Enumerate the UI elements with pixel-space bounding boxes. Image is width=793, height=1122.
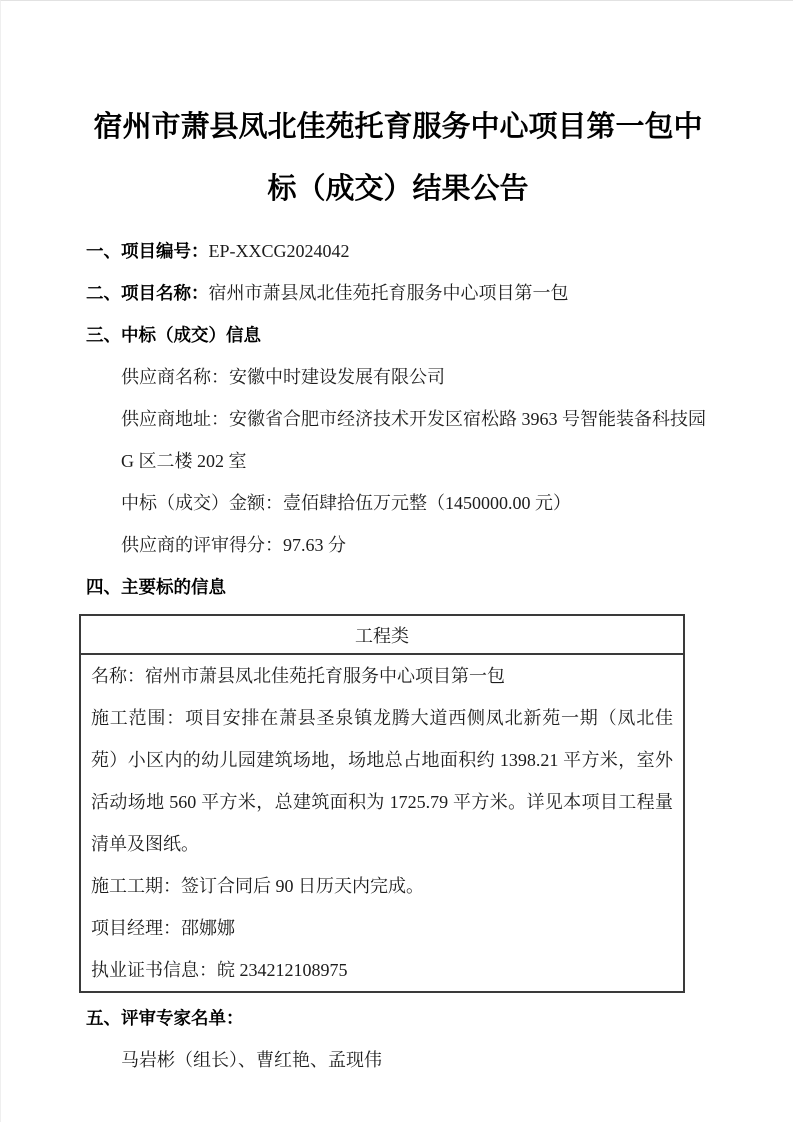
- table-project-name: 名称：宿州市萧县凤北佳苑托育服务中心项目第一包: [91, 655, 673, 697]
- award-info-heading-label: 三、中标（成交）信息: [86, 325, 261, 345]
- section-project-number: 一、项目编号：EP-XXCG2024042: [86, 230, 710, 272]
- title-line-2: 标（成交）结果公告: [86, 158, 710, 220]
- project-name-label: 二、项目名称：: [86, 283, 209, 303]
- section-project-name: 二、项目名称：宿州市萧县凤北佳苑托育服务中心项目第一包: [86, 272, 710, 314]
- review-score-line: 供应商的评审得分：97.63 分: [121, 524, 710, 566]
- award-amount-line: 中标（成交）金额：壹佰肆拾伍万元整（1450000.00 元）: [121, 482, 710, 524]
- table-body-row: 名称：宿州市萧县凤北佳苑托育服务中心项目第一包 施工范围：项目安排在萧县圣泉镇龙…: [80, 654, 684, 992]
- table-construction-scope: 施工范围：项目安排在萧县圣泉镇龙腾大道西侧凤北新苑一期（凤北佳苑）小区内的幼儿园…: [91, 697, 673, 865]
- table-construction-period: 施工工期：签订合同后 90 日历天内完成。: [91, 865, 673, 907]
- expert-names-line: 马岩彬（组长）、曹红艳、孟现伟: [121, 1039, 710, 1081]
- award-info-details: 供应商名称：安徽中时建设发展有限公司 供应商地址：安徽省合肥市经济技术开发区宿松…: [121, 356, 710, 566]
- expert-list-heading-label: 五、评审专家名单：: [86, 1008, 244, 1028]
- project-number-value: EP-XXCG2024042: [209, 241, 350, 261]
- table-body-cell: 名称：宿州市萧县凤北佳苑托育服务中心项目第一包 施工范围：项目安排在萧县圣泉镇龙…: [80, 654, 684, 992]
- document-page: 宿州市萧县凤北佳苑托育服务中心项目第一包中 标（成交）结果公告 一、项目编号：E…: [0, 0, 793, 1122]
- title-line-1: 宿州市萧县凤北佳苑托育服务中心项目第一包中: [86, 96, 710, 158]
- section-subject-info-heading: 四、主要标的信息: [86, 566, 710, 608]
- section-award-info-heading: 三、中标（成交）信息: [86, 314, 710, 356]
- section-expert-list-heading: 五、评审专家名单：: [86, 997, 710, 1039]
- table-project-manager: 项目经理：邵娜娜: [91, 907, 673, 949]
- subject-info-table: 工程类 名称：宿州市萧县凤北佳苑托育服务中心项目第一包 施工范围：项目安排在萧县…: [79, 614, 685, 993]
- expert-list: 马岩彬（组长）、曹红艳、孟现伟: [121, 1039, 710, 1081]
- table-license-info: 执业证书信息：皖 234212108975: [91, 949, 673, 991]
- subject-info-heading-label: 四、主要标的信息: [86, 577, 226, 597]
- supplier-address-line: 供应商地址：安徽省合肥市经济技术开发区宿松路 3963 号智能装备科技园 G 区…: [121, 398, 710, 482]
- table-header-project-type: 工程类: [80, 615, 684, 654]
- document-title: 宿州市萧县凤北佳苑托育服务中心项目第一包中 标（成交）结果公告: [86, 96, 710, 220]
- table-header-row: 工程类: [80, 615, 684, 654]
- project-name-value: 宿州市萧县凤北佳苑托育服务中心项目第一包: [209, 283, 569, 303]
- project-number-label: 一、项目编号：: [86, 241, 209, 261]
- supplier-name-line: 供应商名称：安徽中时建设发展有限公司: [121, 356, 710, 398]
